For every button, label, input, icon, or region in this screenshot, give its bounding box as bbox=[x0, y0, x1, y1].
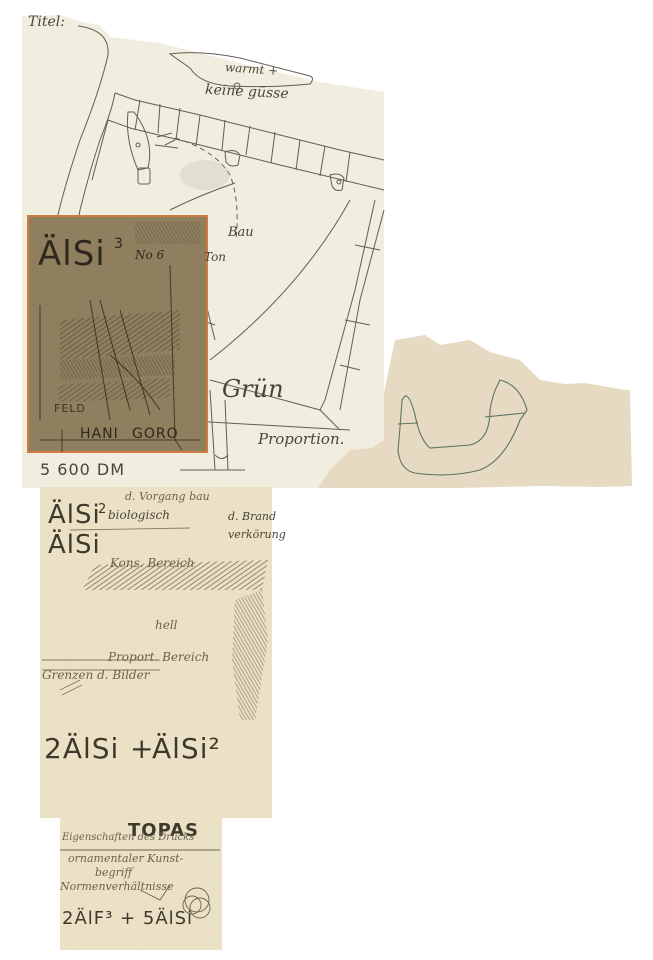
card-small-text: FELD bbox=[54, 402, 86, 415]
note-hell: hell bbox=[155, 618, 178, 632]
word-biologisch: biologisch bbox=[108, 508, 170, 522]
title-note: Titel: bbox=[28, 14, 65, 30]
card-formula: ÄlSi bbox=[38, 234, 106, 274]
note-grenzen: Grenzen d. Bilder bbox=[42, 668, 149, 682]
card-name-top: HANI bbox=[80, 426, 119, 442]
bottom-line-4: Normenverhältnisse bbox=[60, 880, 174, 893]
gruen-note: Grün bbox=[222, 375, 284, 403]
card-superscript: 3 bbox=[114, 236, 124, 252]
note-brand: d. Brand bbox=[228, 510, 276, 523]
equation-right: ÄlSi² bbox=[152, 732, 221, 765]
smudge bbox=[180, 160, 230, 190]
bottom-equation: 2ÄlF³ + 5ÄlSi bbox=[62, 908, 193, 929]
ton-note: Ton bbox=[204, 250, 226, 264]
equation-plus: + bbox=[130, 732, 154, 765]
bau-note: Bau bbox=[228, 225, 254, 240]
equation-left: 2ÄlSi bbox=[44, 732, 119, 765]
note-verkoerung: verkörung bbox=[228, 528, 286, 541]
note-vorgang: d. Vorgang bau bbox=[125, 490, 210, 503]
bottom-line-2: ornamentaler Kunst- bbox=[68, 852, 183, 865]
price-note: 5 600 DM bbox=[40, 460, 125, 479]
bottom-line-3: begriff bbox=[95, 866, 132, 879]
note-kons: Kons. Bereich bbox=[110, 556, 194, 570]
card-number: No 6 bbox=[135, 248, 164, 262]
formula-1: ÄlSi bbox=[48, 500, 101, 530]
note-proport: Proport. Bereich bbox=[108, 650, 209, 664]
proportion-note: Proportion. bbox=[258, 430, 344, 448]
collage-artwork: Titel: warmt + keine güsse Bau Ton Grün … bbox=[0, 0, 653, 960]
bottom-line-1: Eigenschaften des Drucks bbox=[62, 832, 194, 843]
card-name-bottom: GORO bbox=[132, 426, 179, 442]
collage-drawing bbox=[0, 0, 653, 960]
superscript-1: 2 bbox=[98, 502, 107, 517]
formula-2: ÄlSi bbox=[48, 530, 101, 560]
